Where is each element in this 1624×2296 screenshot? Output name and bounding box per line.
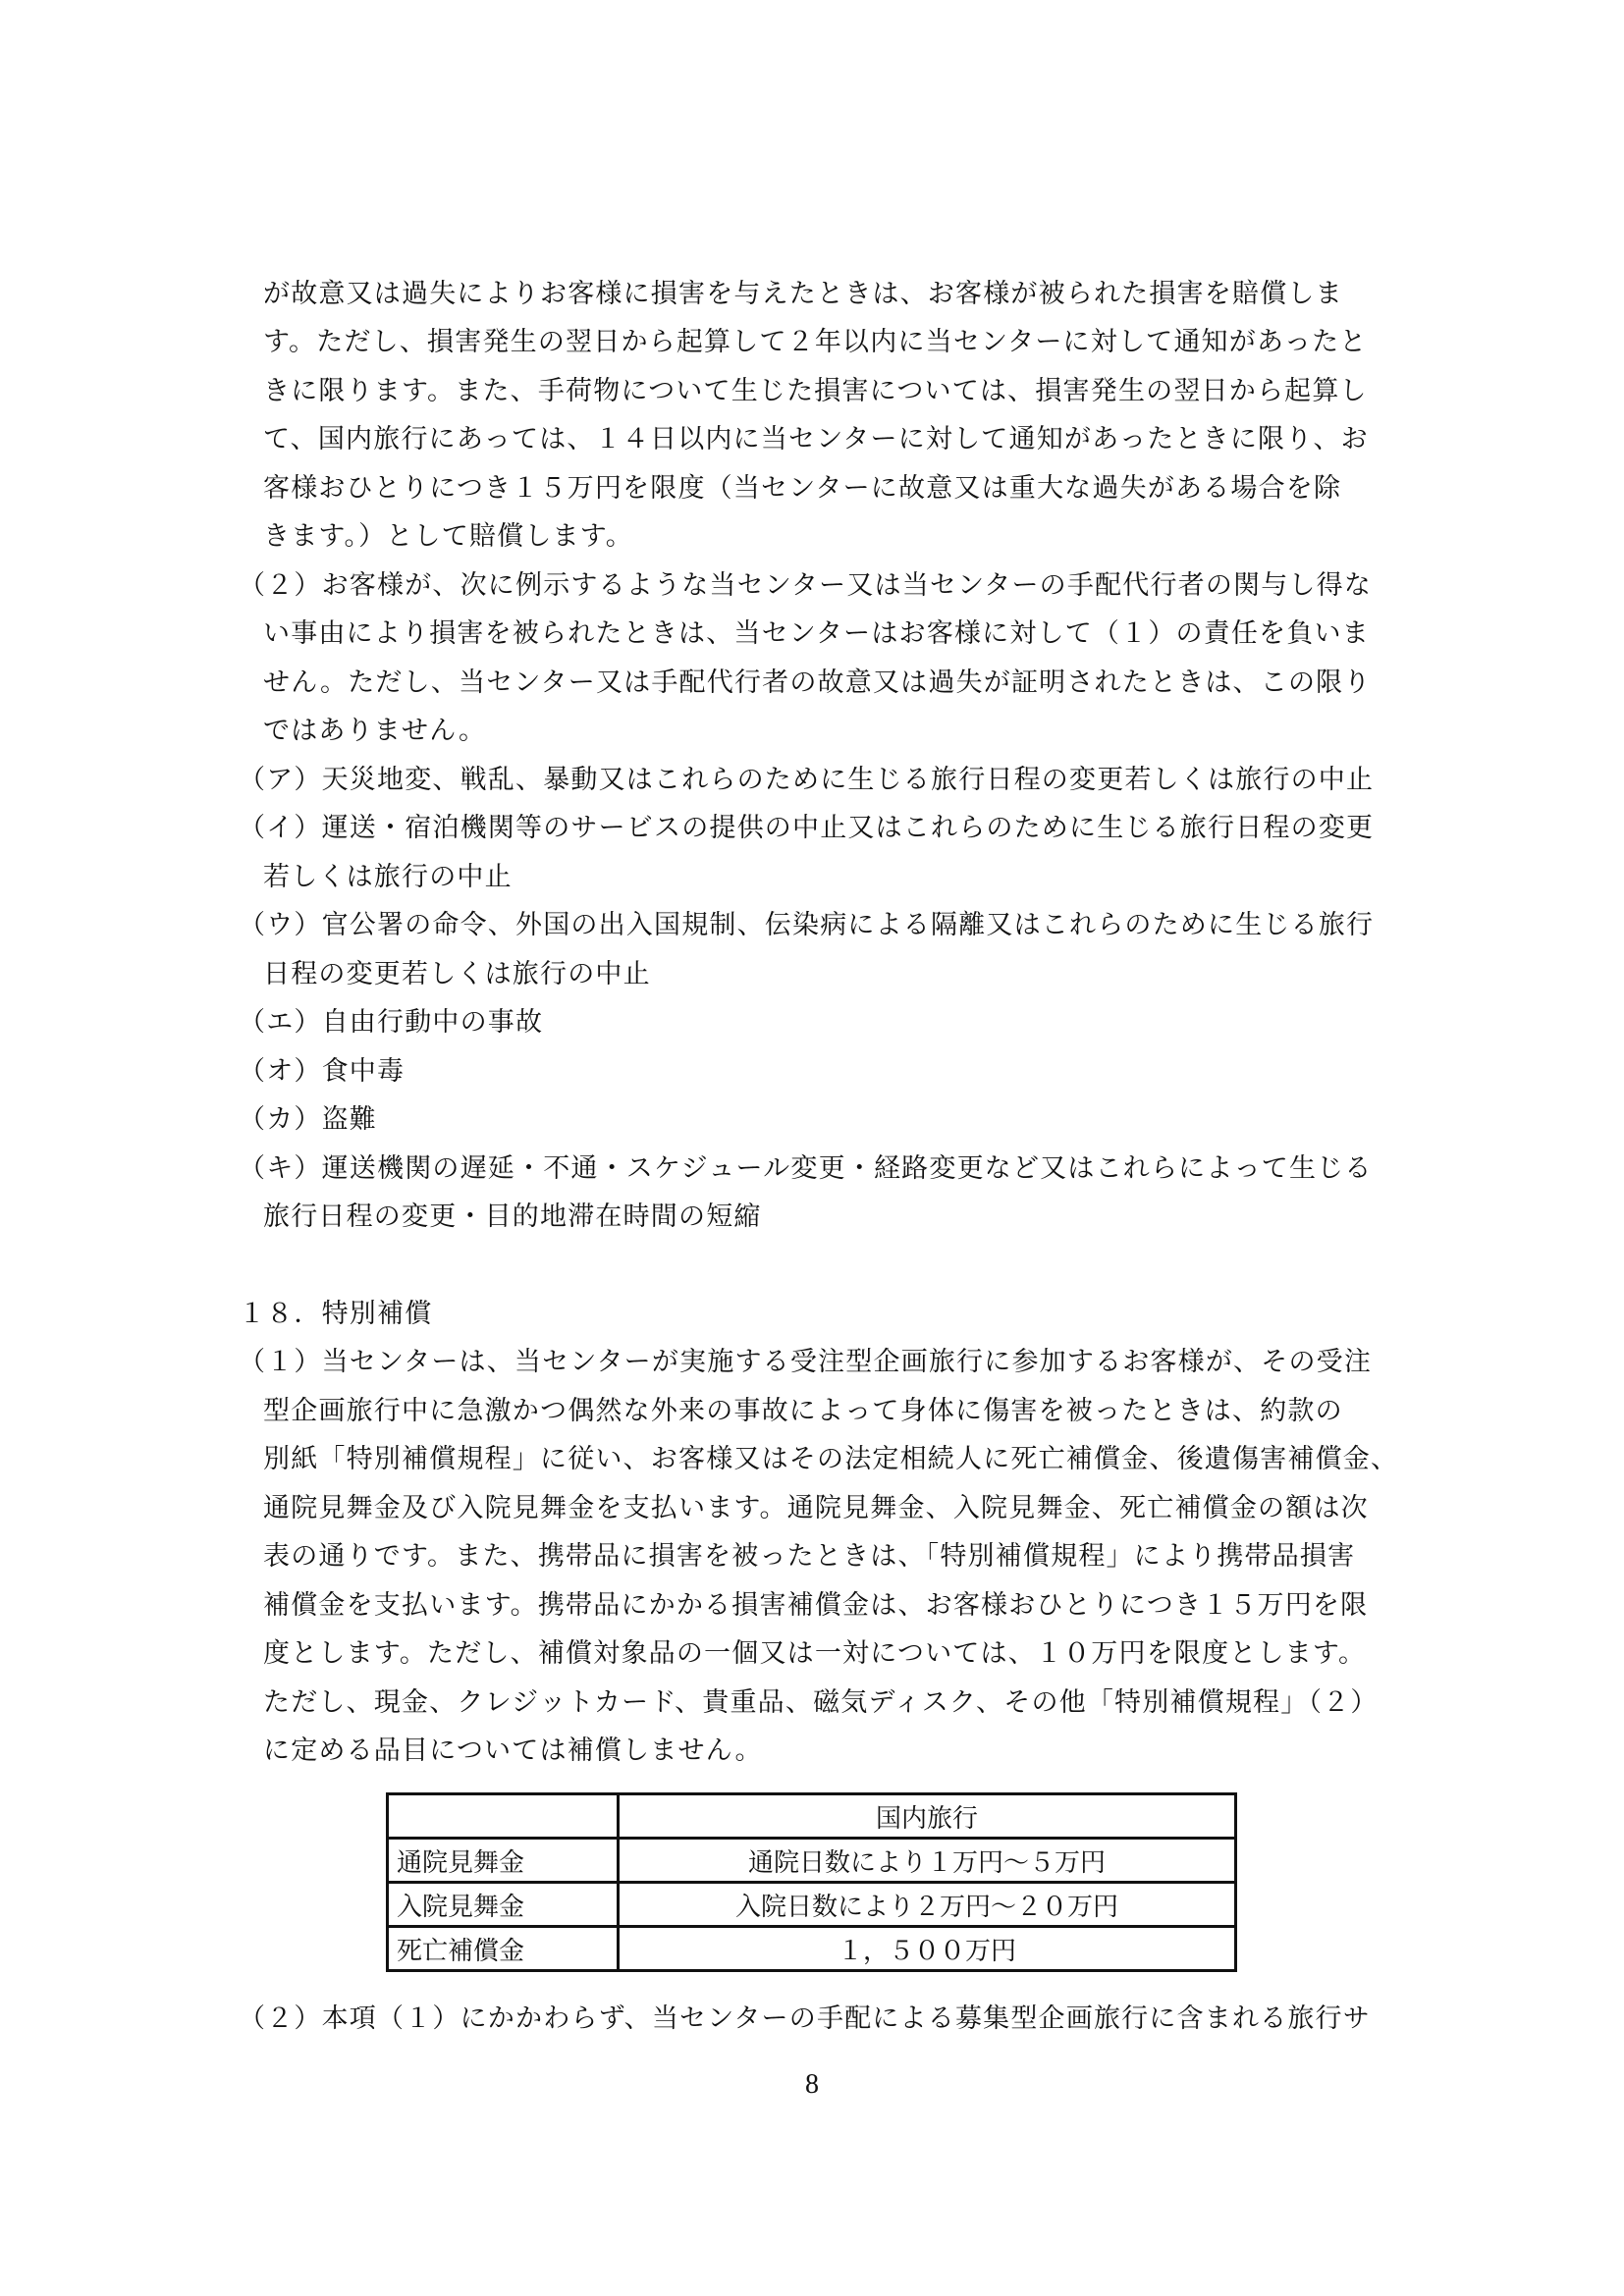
example-ki: （キ）運送機関の遅延・不通・スケジュール変更・経路変更など又はこれらによって生じ…: [239, 1152, 1397, 1186]
table-cell-label: 死亡補償金: [388, 1927, 619, 1971]
table-header-cell: 国内旅行: [619, 1794, 1236, 1839]
section-heading: １８．特別補償: [239, 1298, 1397, 1331]
table-header-row: 国内旅行: [388, 1794, 1236, 1839]
section18-item-1-cont: ただし、現金、クレジットカード、貴重品、磁気ディスク、その他「特別補償規程」（２…: [263, 1686, 1422, 1720]
list-item-2-cont: い事由により損害を被られたときは、当センターはお客様に対して（１）の責任を負いま: [263, 617, 1422, 651]
table-cell-label: 入院見舞金: [388, 1883, 619, 1927]
example-u: （ウ）官公署の命令、外国の出入国規制、伝染病による隔離又はこれらのために生じる旅…: [239, 909, 1397, 942]
table-header-cell: [388, 1794, 619, 1839]
list-item-2-cont: せん。ただし、当センター又は手配代行者の故意又は過失が証明されたときは、この限り: [263, 667, 1422, 700]
paragraph-line: きに限ります。また、手荷物について生じた損害については、損害発生の翌日から起算し: [263, 375, 1422, 408]
section18-item-1-cont: 通院見舞金及び入院見舞金を支払います。通院見舞金、入院見舞金、死亡補償金の額は次: [263, 1492, 1422, 1525]
section18-item-1-cont: 型企画旅行中に急激かつ偶然な外来の事故によって身体に傷害を被ったときは、約款の: [263, 1395, 1422, 1428]
section18-item-1-cont: 補償金を支払います。携帯品にかかる損害補償金は、お客様おひとりにつき１５万円を限: [263, 1589, 1422, 1623]
section18-item-1-cont: に定める品目については補償しません。: [263, 1735, 1422, 1768]
example-e: （エ）自由行動中の事故: [239, 1006, 1397, 1040]
paragraph-line: 客様おひとりにつき１５万円を限度（当センターに故意又は重大な過失がある場合を除: [263, 472, 1422, 506]
example-ka: （カ）盗難: [239, 1103, 1397, 1137]
section18-item-1-cont: 度とします。ただし、補償対象品の一個又は一対については、１０万円を限度とします。: [263, 1637, 1422, 1671]
table-cell-value: 入院日数により２万円～２０万円: [619, 1883, 1236, 1927]
table-row: 入院見舞金 入院日数により２万円～２０万円: [388, 1883, 1236, 1927]
paragraph-line: て、国内旅行にあっては、１４日以内に当センターに対して通知があったときに限り、お: [263, 423, 1422, 456]
table-row: 死亡補償金 １，５００万円: [388, 1927, 1236, 1971]
compensation-table: 国内旅行 通院見舞金 通院日数により１万円～５万円 入院見舞金 入院日数により２…: [386, 1792, 1237, 1972]
paragraph-line: が故意又は過失によりお客様に損害を与えたときは、お客様が被られた損害を賠償しま: [263, 278, 1422, 311]
section18-item-1-cont: 別紙「特別補償規程」に従い、お客様又はその法定相続人に死亡補償金、後遺傷害補償金…: [263, 1443, 1422, 1476]
paragraph-line: きます。）として賠償します。: [263, 520, 1422, 554]
list-item-2: （２）お客様が、次に例示するような当センター又は当センターの手配代行者の関与し得…: [239, 569, 1397, 603]
section18-item-1: （１）当センターは、当センターが実施する受注型企画旅行に参加するお客様が、その受…: [239, 1346, 1397, 1379]
table-row: 通院見舞金 通院日数により１万円～５万円: [388, 1839, 1236, 1883]
example-a: （ア）天災地変、戦乱、暴動又はこれらのために生じる旅行日程の変更若しくは旅行の中…: [239, 764, 1397, 797]
section18-item-2: （２）本項（１）にかかわらず、当センターの手配による募集型企画旅行に含まれる旅行…: [239, 2002, 1397, 2036]
section18-item-1-cont: 表の通りです。また、携帯品に損害を被ったときは、「特別補償規程」により携帯品損害: [263, 1540, 1422, 1574]
example-ki-cont: 旅行日程の変更・目的地滞在時間の短縮: [263, 1201, 1422, 1234]
paragraph-line: す。ただし、損害発生の翌日から起算して２年以内に当センターに対して通知があったと: [263, 326, 1422, 359]
example-u-cont: 日程の変更若しくは旅行の中止: [263, 958, 1422, 991]
table-cell-value: １，５００万円: [619, 1927, 1236, 1971]
example-i-cont: 若しくは旅行の中止: [263, 861, 1422, 894]
list-item-2-cont: ではありません。: [263, 715, 1422, 748]
document-page: が故意又は過失によりお客様に損害を与えたときは、お客様が被られた損害を賠償しま …: [0, 0, 1624, 2296]
example-o: （オ）食中毒: [239, 1055, 1397, 1089]
table-cell-label: 通院見舞金: [388, 1839, 619, 1883]
page-number: 8: [0, 2069, 1624, 2101]
example-i: （イ）運送・宿泊機関等のサービスの提供の中止又はこれらのために生じる旅行日程の変…: [239, 812, 1397, 845]
table-cell-value: 通院日数により１万円～５万円: [619, 1839, 1236, 1883]
